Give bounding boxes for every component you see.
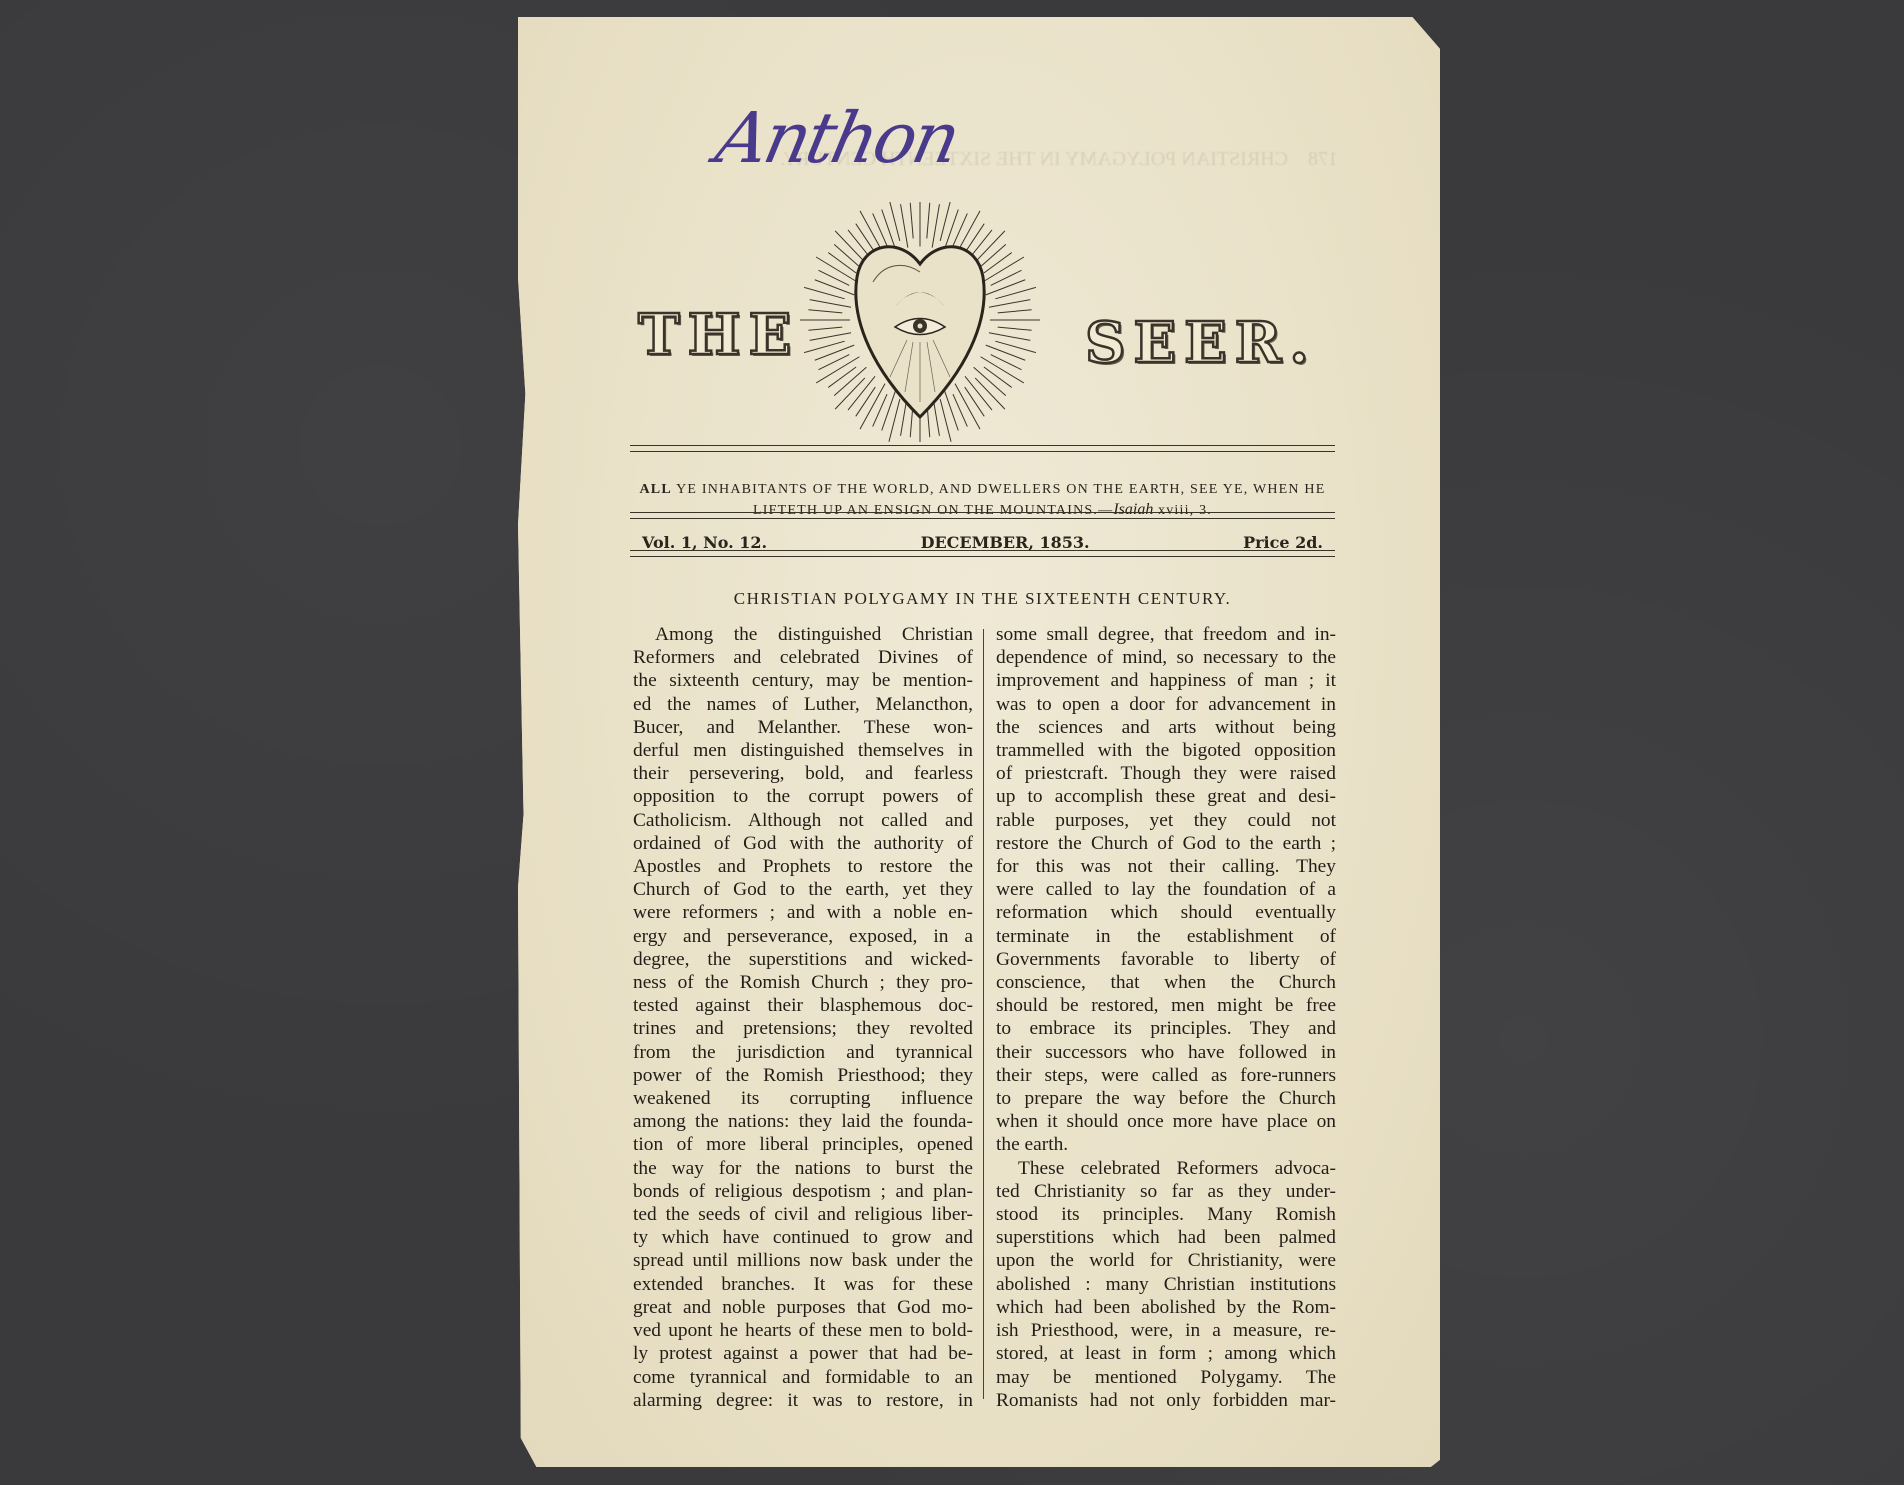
epigraph-line-1-text: YE INHABITANTS OF THE WORLD, AND DWELLER… <box>672 482 1326 497</box>
text-line: reformation which should eventually <box>996 901 1336 924</box>
handwritten-signature: Anthon <box>709 97 965 179</box>
text-line: terminate in the establishment of <box>996 925 1336 948</box>
text-line: from the jurisdiction and tyrannical <box>633 1041 973 1064</box>
text-line: spread until millions now bask under the <box>633 1249 973 1272</box>
text-line: which had been abolished by the Rom- <box>996 1296 1336 1319</box>
text-line: weakened its corrupting influence <box>633 1087 973 1110</box>
text-line: superstitions which had been palmed <box>996 1226 1336 1249</box>
text-line: the sciences and arts without being <box>996 716 1336 739</box>
text-line: their persevering, bold, and fearless <box>633 762 973 785</box>
text-line: ty which have continued to grow and <box>633 1226 973 1249</box>
text-line: Catholicism. Although not called and <box>633 809 973 832</box>
text-line: were called to lay the foundation of a <box>996 878 1336 901</box>
masthead-title-right: SEER. <box>1085 310 1317 376</box>
article-column-left: Among the distinguished ChristianReforme… <box>633 623 973 1412</box>
text-line: was to open a door for advancement in <box>996 693 1336 716</box>
text-line: Bucer, and Melanther. These won- <box>633 716 973 739</box>
text-line: restore the Church of God to the earth ; <box>996 832 1336 855</box>
text-line: stood its principles. Many Romish <box>996 1203 1336 1226</box>
text-line: dependence of mind, so necessary to the <box>996 646 1336 669</box>
text-line: of priestcraft. Though they were raised <box>996 762 1336 785</box>
text-line: stored, at least in form ; among which <box>996 1342 1336 1365</box>
text-line: ed the names of Luther, Melancthon, <box>633 693 973 716</box>
text-line: ved upont he hearts of these men to bold… <box>633 1319 973 1342</box>
text-line: ergy and perseverance, exposed, in a <box>633 925 973 948</box>
text-line: ted Christianity so far as they under- <box>996 1180 1336 1203</box>
masthead-title-left: THE <box>638 302 799 368</box>
text-line: tion of more liberal principles, opened <box>633 1133 973 1156</box>
text-line: were reformers ; and with a noble en- <box>633 901 973 924</box>
epigraph-line-1: ALL YE INHABITANTS OF THE WORLD, AND DWE… <box>630 480 1335 500</box>
text-line: for this was not their calling. They <box>996 855 1336 878</box>
text-line: bonds of religious despotism ; and plan- <box>633 1180 973 1203</box>
text-line: the sixteenth century, may be mention- <box>633 669 973 692</box>
text-line: the earth. <box>996 1133 1336 1156</box>
text-line: ly protest against a power that had be- <box>633 1342 973 1365</box>
text-line: ness of the Romish Church ; they pro- <box>633 971 973 994</box>
epigraph-lead-word: ALL <box>640 482 672 497</box>
text-line: when it should once more have place on <box>996 1110 1336 1133</box>
text-line: Church of God to the earth, yet they <box>633 878 973 901</box>
text-line: some small degree, that freedom and in- <box>996 623 1336 646</box>
text-line: derful men distinguished themselves in <box>633 739 973 762</box>
text-line: improvement and happiness of man ; it <box>996 669 1336 692</box>
text-line: trammelled with the bigoted opposition <box>996 739 1336 762</box>
text-line: ish Priesthood, were, in a measure, re- <box>996 1319 1336 1342</box>
text-line: great and noble purposes that God mo- <box>633 1296 973 1319</box>
text-line: rable purposes, yet they could not <box>996 809 1336 832</box>
text-line: ted the seeds of civil and religious lib… <box>633 1203 973 1226</box>
article-title: CHRISTIAN POLYGAMY IN THE SIXTEENTH CENT… <box>630 589 1335 609</box>
heart-eye-emblem-icon <box>795 202 1045 442</box>
newspaper-page: 178 CHRISTIAN POLYGAMY IN THE SIXTEENTH … <box>518 17 1440 1467</box>
text-line: conscience, that when the Church <box>996 971 1336 994</box>
text-line: their successors who have followed in <box>996 1041 1336 1064</box>
text-line: the way for the nations to burst the <box>633 1157 973 1180</box>
text-line: Apostles and Prophets to restore the <box>633 855 973 878</box>
text-line: should be restored, men might be free <box>996 994 1336 1017</box>
bleed-page-number: 178 <box>1308 148 1338 170</box>
text-line: among the nations: they laid the founda- <box>633 1110 973 1133</box>
text-line: These celebrated Reformers advoca- <box>996 1157 1336 1180</box>
masthead: THE SEER. <box>630 202 1345 447</box>
text-line: abolished : many Christian institutions <box>996 1273 1336 1296</box>
text-line: extended branches. It was for these <box>633 1273 973 1296</box>
text-line: upon the world for Christianity, were <box>996 1249 1336 1272</box>
text-line: power of the Romish Priesthood; they <box>633 1064 973 1087</box>
column-divider <box>983 629 984 1399</box>
rule-divider-middle <box>630 512 1335 519</box>
text-line: Reformers and celebrated Divines of <box>633 646 973 669</box>
text-line: Among the distinguished Christian <box>633 623 973 646</box>
text-line: may be mentioned Polygamy. The <box>996 1366 1336 1389</box>
text-line: tested against their blasphemous doc- <box>633 994 973 1017</box>
text-line: degree, the superstitions and wicked- <box>633 948 973 971</box>
text-line: opposition to the corrupt powers of <box>633 785 973 808</box>
text-line: to embrace its principles. They and <box>996 1017 1336 1040</box>
article-column-right: some small degree, that freedom and in-d… <box>996 623 1336 1412</box>
text-line: trines and pretensions; they revolted <box>633 1017 973 1040</box>
rule-divider-bottom <box>630 550 1335 557</box>
rule-divider-top <box>630 445 1335 452</box>
text-line: come tyrannical and formidable to an <box>633 1366 973 1389</box>
text-line: up to accomplish these great and desi- <box>996 785 1336 808</box>
text-line: alarming degree: it was to restore, in <box>633 1389 973 1412</box>
text-line: ordained of God with the authority of <box>633 832 973 855</box>
text-line: Romanists had not only forbidden mar- <box>996 1389 1336 1412</box>
text-line: their steps, were called as fore-runners <box>996 1064 1336 1087</box>
text-line: to prepare the way before the Church <box>996 1087 1336 1110</box>
text-line: Governments favorable to liberty of <box>996 948 1336 971</box>
